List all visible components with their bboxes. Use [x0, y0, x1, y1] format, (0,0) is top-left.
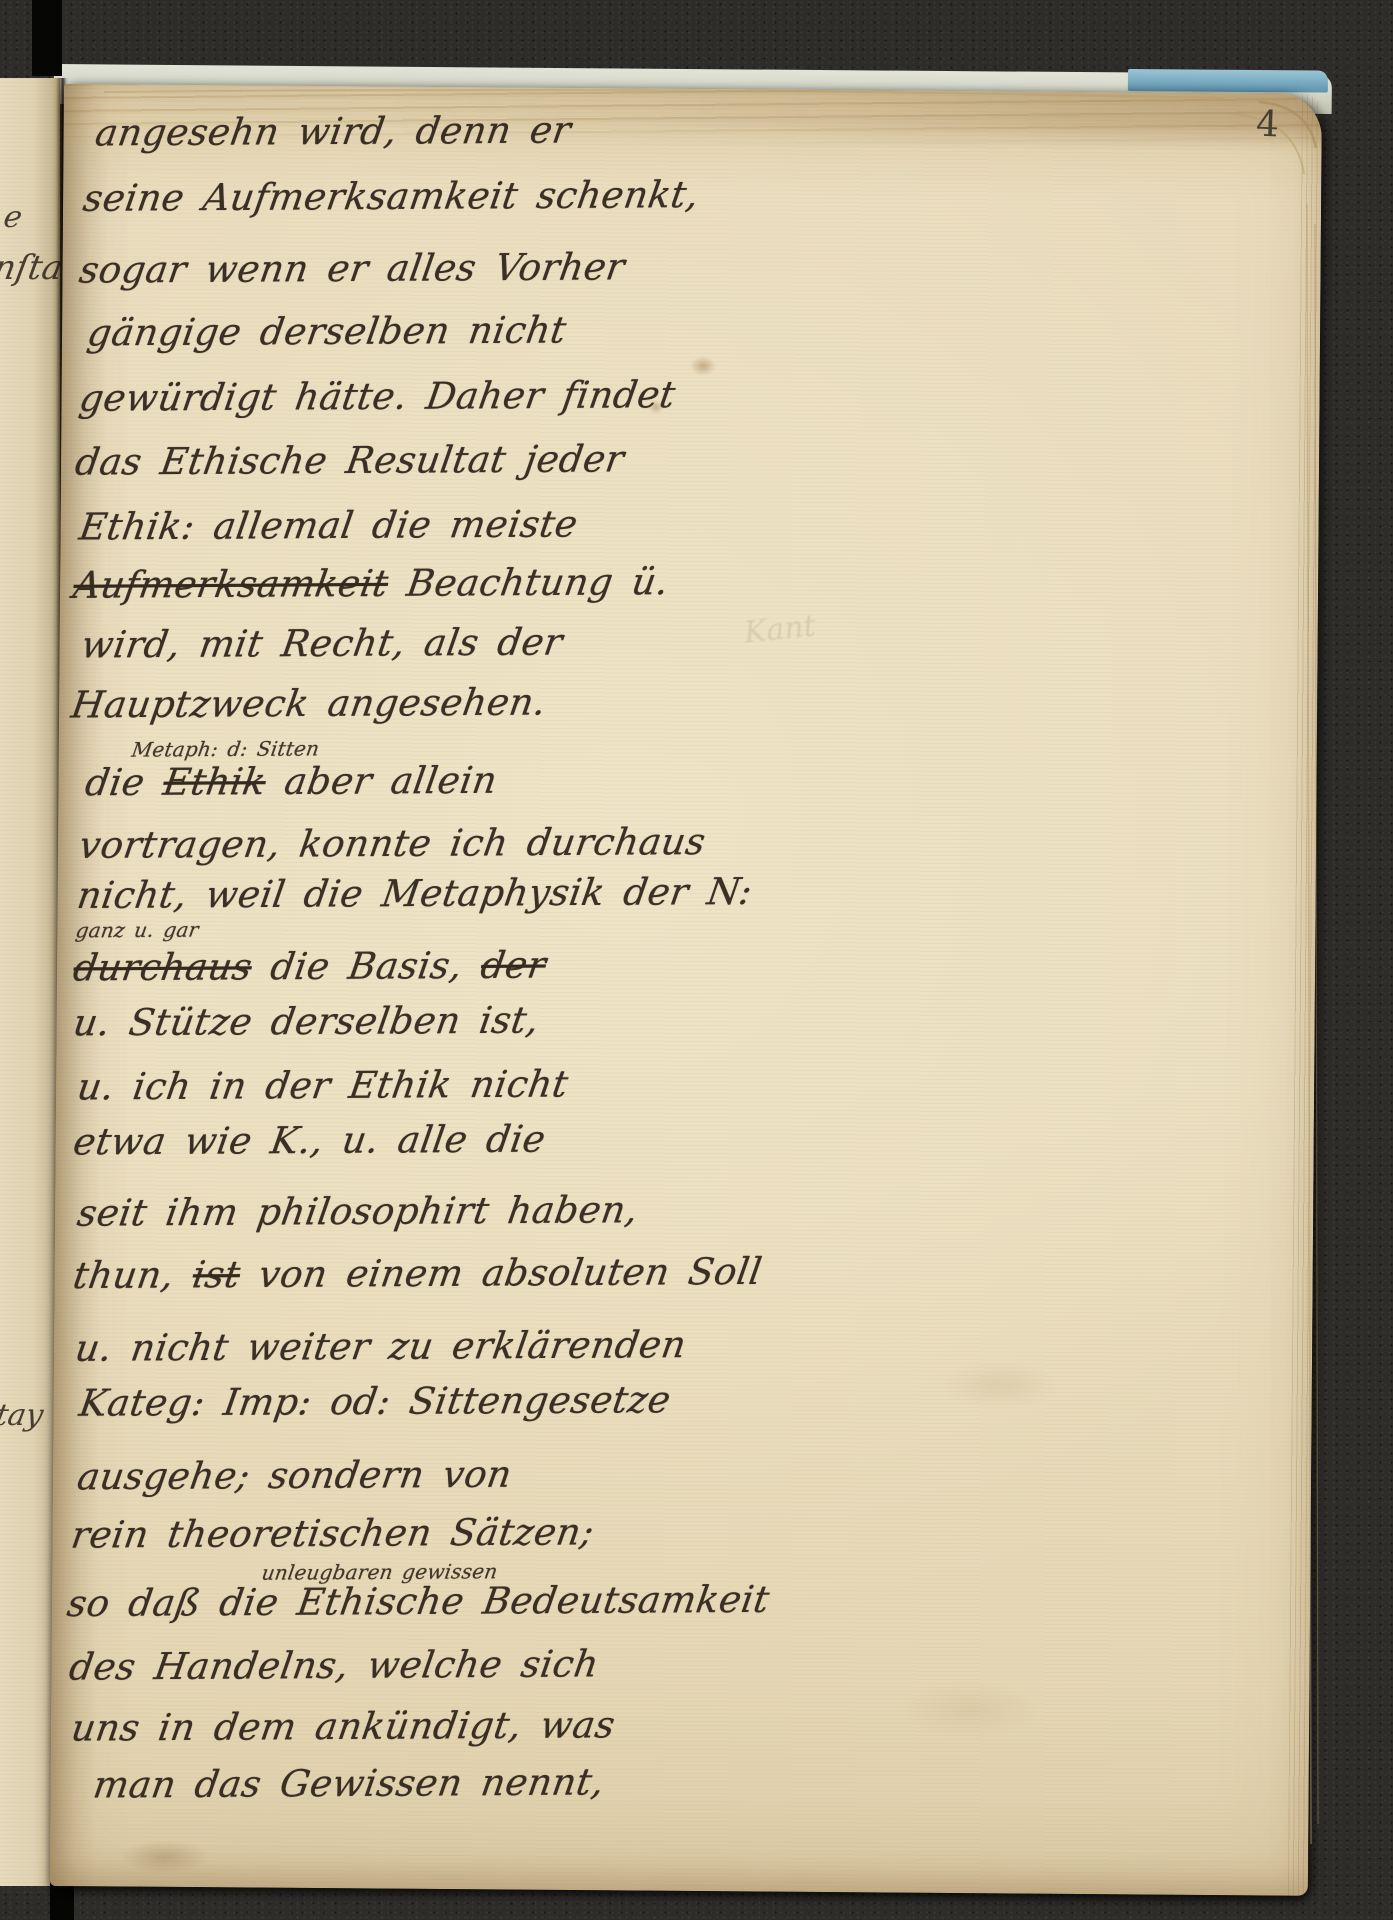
facing-page-text-fragment: tay [0, 1398, 46, 1433]
scanner-background: enſta.tay 4 angesehn wird, denn erseine … [0, 0, 1393, 1920]
bleedthrough-text: Kant [742, 608, 817, 650]
facing-page-text-fragment: e [1, 200, 25, 235]
facing-page-text-fragment: nſta. [0, 248, 60, 288]
manuscript-page [50, 84, 1322, 1896]
page-number: 4 [1255, 104, 1279, 146]
page-vignette [50, 84, 1322, 1896]
blue-cover-edge [1128, 69, 1328, 93]
binding-gap-top [32, 0, 62, 76]
